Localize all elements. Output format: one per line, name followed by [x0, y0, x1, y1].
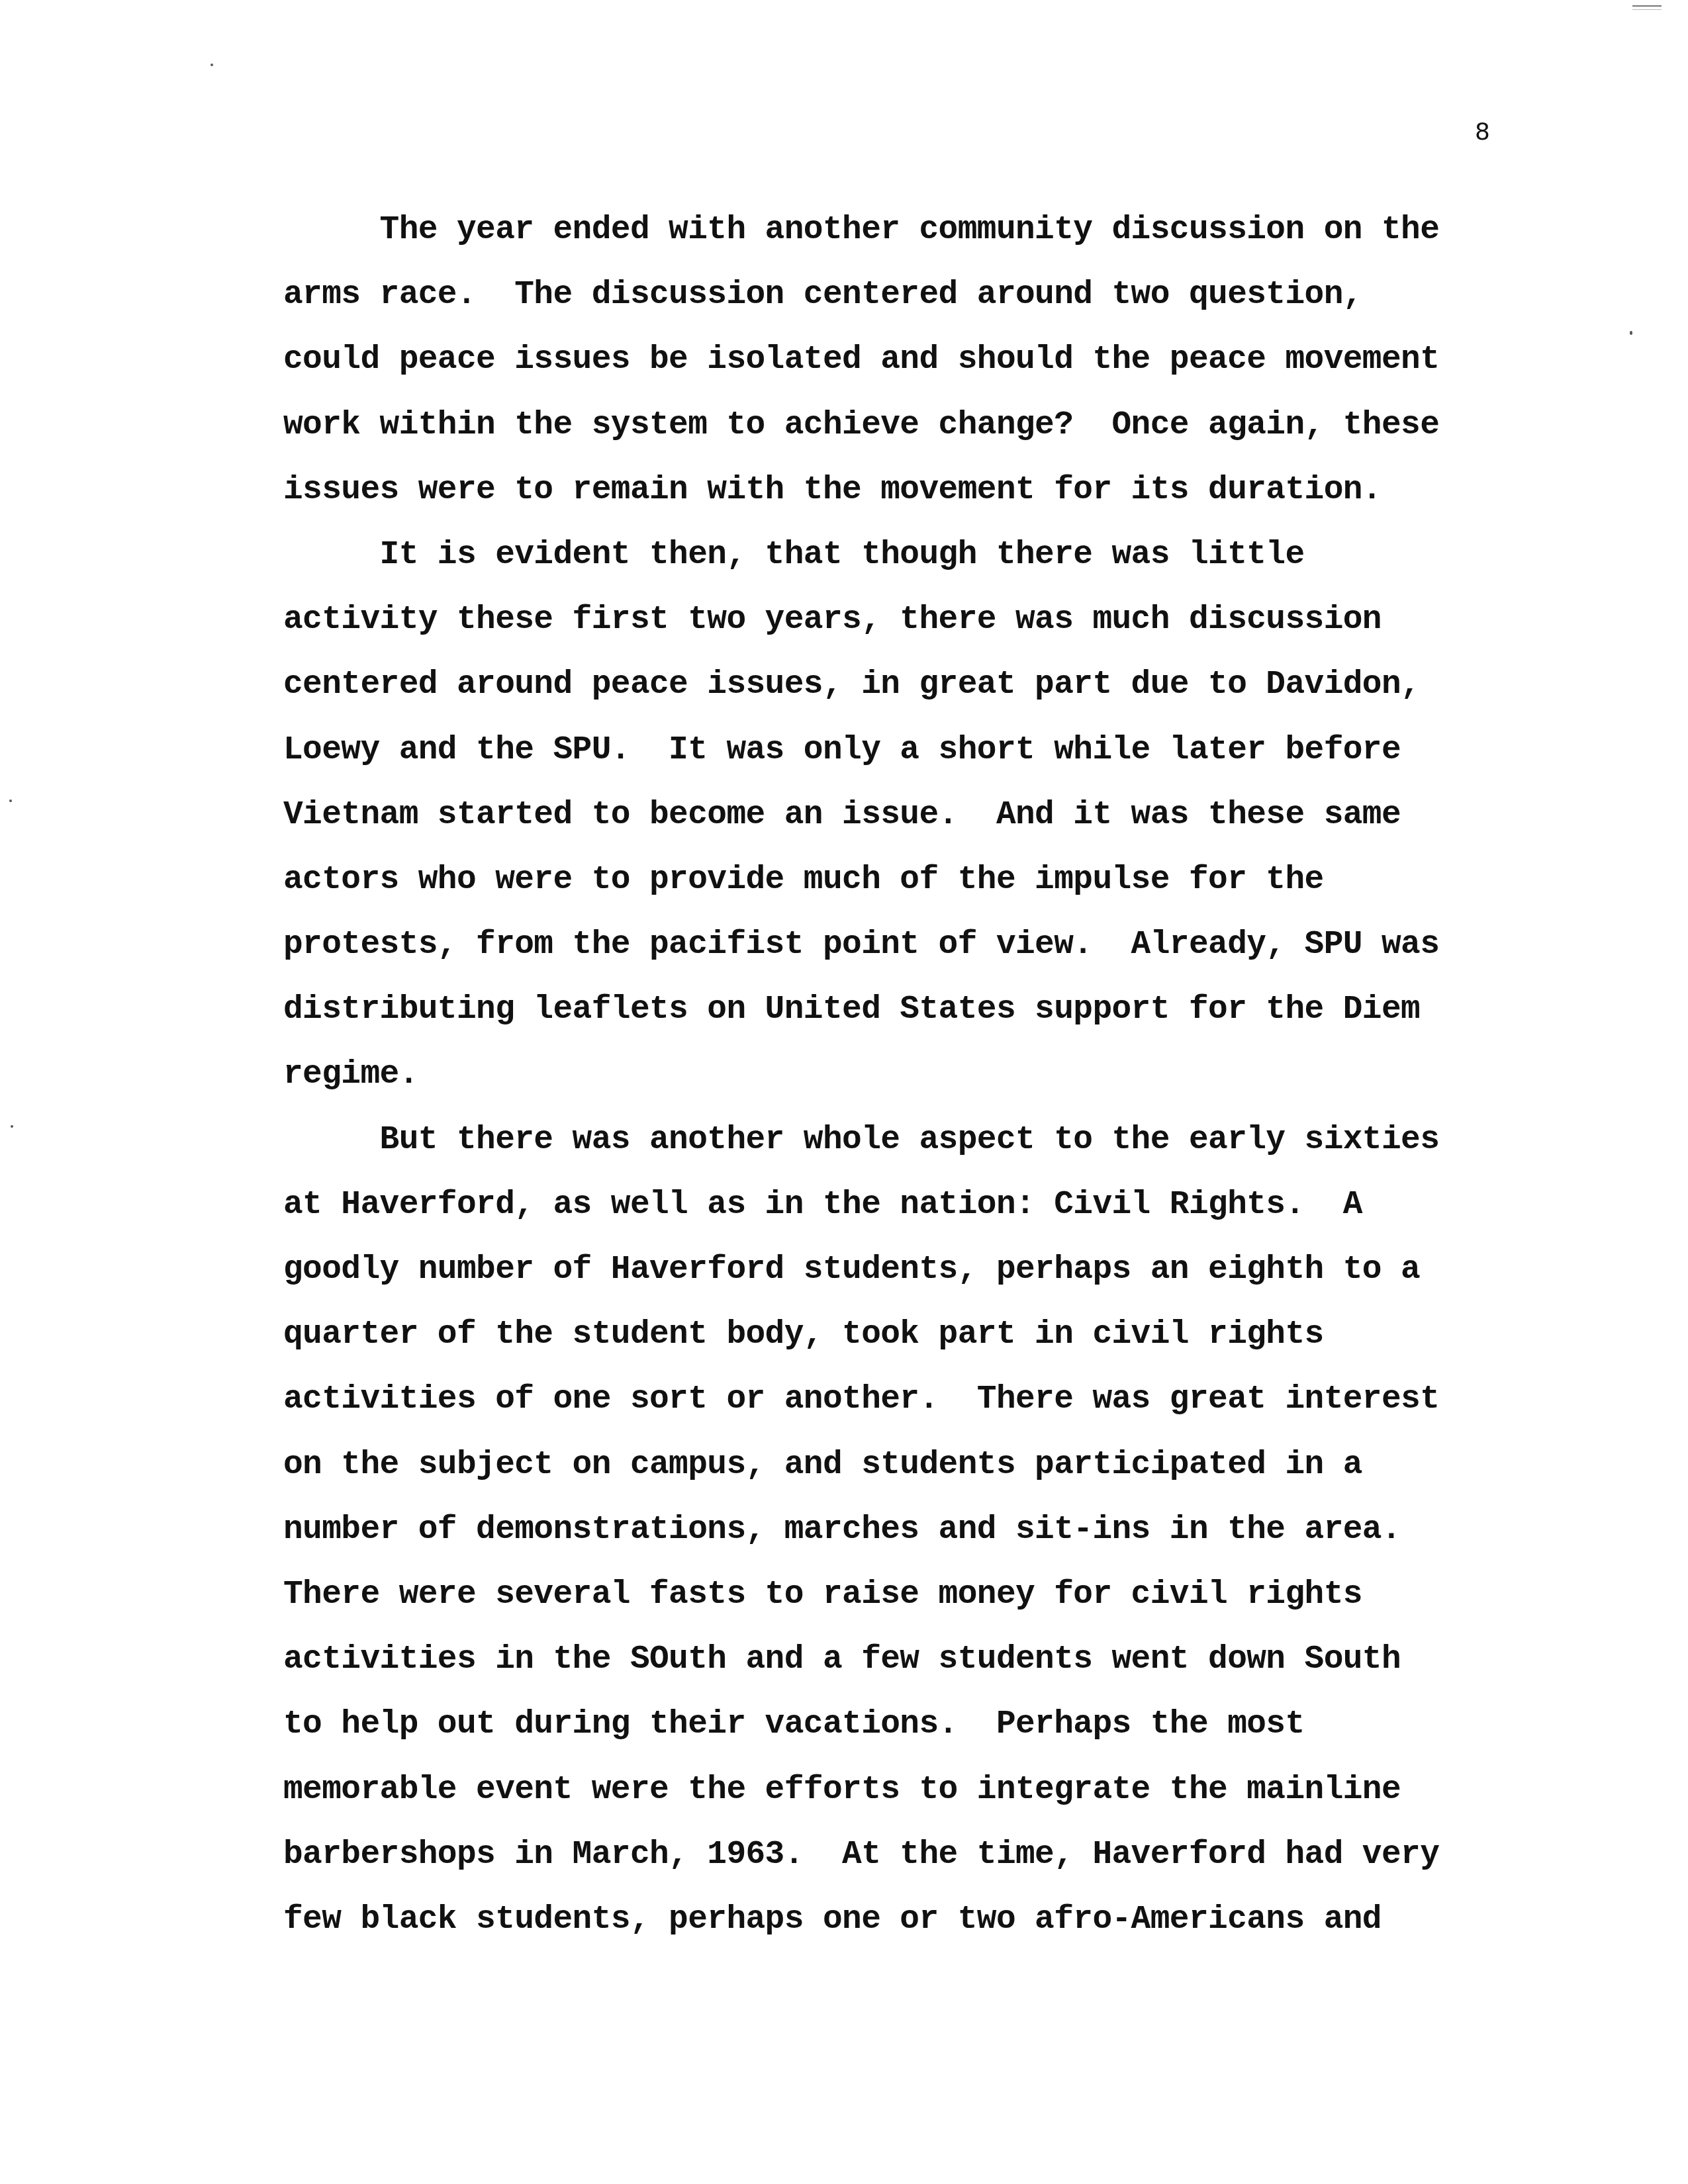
text-line: The year ended with another community di… [283, 210, 1541, 275]
text-line: issues were to remain with the movement … [283, 471, 1541, 535]
text-line: It is evident then, that though there wa… [283, 535, 1541, 600]
page-number: 8 [1475, 119, 1490, 146]
text-line: number of demonstrations, marches and si… [283, 1510, 1541, 1575]
text-line: to help out during their vacations. Perh… [283, 1705, 1541, 1770]
text-line: could peace issues be isolated and shoul… [283, 340, 1541, 405]
scan-speck [9, 799, 12, 802]
text-line: centered around peace issues, in great p… [283, 665, 1541, 730]
text-line: actors who were to provide much of the i… [283, 860, 1541, 925]
text-line: memorable event were the efforts to inte… [283, 1770, 1541, 1835]
document-body: The year ended with another community di… [283, 210, 1541, 1965]
text-line: arms race. The discussion centered aroun… [283, 275, 1541, 340]
text-line: goodly number of Haverford students, per… [283, 1250, 1541, 1315]
text-line: activity these first two years, there wa… [283, 600, 1541, 665]
text-line: activities of one sort or another. There… [283, 1380, 1541, 1445]
text-line: on the subject on campus, and students p… [283, 1445, 1541, 1510]
text-line: distributing leaflets on United States s… [283, 990, 1541, 1055]
scan-speck [11, 1125, 13, 1128]
scan-speck [211, 64, 213, 66]
text-line: There were several fasts to raise money … [283, 1575, 1541, 1640]
text-line: But there was another whole aspect to th… [283, 1120, 1541, 1185]
text-line: quarter of the student body, took part i… [283, 1315, 1541, 1380]
text-line: at Haverford, as well as in the nation: … [283, 1185, 1541, 1250]
text-line: Loewy and the SPU. It was only a short w… [283, 731, 1541, 796]
text-line: protests, from the pacifist point of vie… [283, 925, 1541, 990]
text-line: activities in the SOuth and a few studen… [283, 1640, 1541, 1705]
text-line: few black students, perhaps one or two a… [283, 1900, 1541, 1965]
text-line: regime. [283, 1055, 1541, 1120]
scan-artifact-mark [1632, 5, 1662, 10]
text-line: work within the system to achieve change… [283, 406, 1541, 471]
scan-speck [1630, 331, 1632, 335]
text-line: Vietnam started to become an issue. And … [283, 796, 1541, 860]
text-line: barbershops in March, 1963. At the time,… [283, 1835, 1541, 1900]
